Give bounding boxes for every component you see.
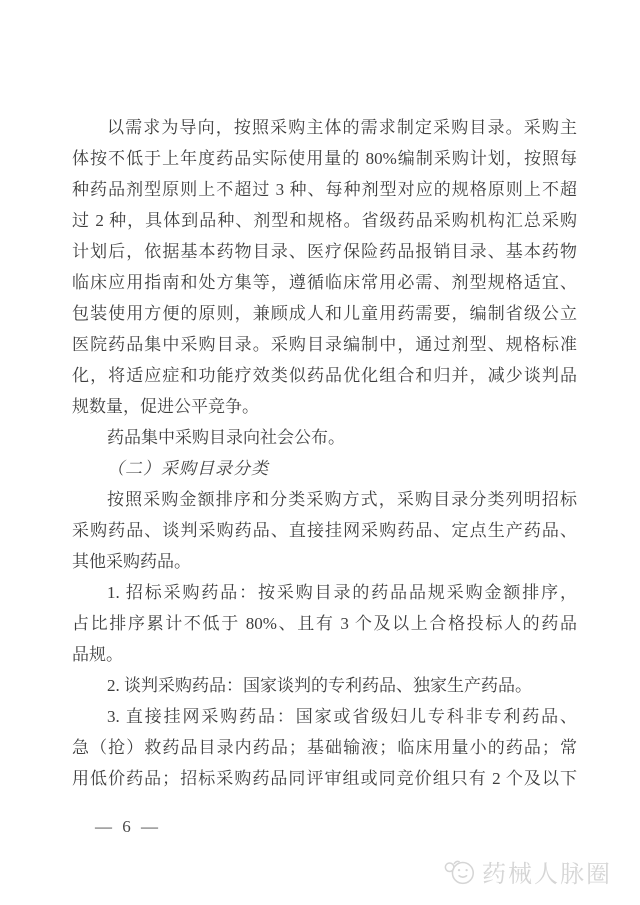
text-line: 占比排序累计不低于 80%、且有 3 个及以上合格投标人的药品 [72, 608, 577, 639]
document-page: 以需求为导向，按照采购主体的需求制定采购目录。采购主体按不低于上年度药品实际使用… [0, 0, 640, 905]
text-line: 规数量，促进公平竞争。 [72, 391, 577, 422]
page-number: — 6 — [95, 817, 161, 837]
text-line: 包装使用方便的原则，兼顾成人和儿童用药需要，编制省级公立 [72, 298, 577, 329]
text-line: 计划后，依据基本药物目录、医疗保险药品报销目录、基本药物 [72, 236, 577, 267]
text-line: 3. 直接挂网采购药品：国家或省级妇儿专科非专利药品、 [72, 701, 577, 732]
text-line: 医院药品集中采购目录。采购目录编制中，通过剂型、规格标准 [72, 329, 577, 360]
text-line: 以需求为导向，按照采购主体的需求制定采购目录。采购主 [72, 112, 577, 143]
text-line: 2. 谈判采购药品：国家谈判的专利药品、独家生产药品。 [72, 670, 577, 701]
text-line: （二）采购目录分类 [72, 453, 577, 484]
text-line: 药品集中采购目录向社会公布。 [72, 422, 577, 453]
text-line: 临床应用指南和处方集等，遵循临床常用必需、剂型规格适宜、 [72, 267, 577, 298]
watermark-label: 药械人脉圈 [482, 854, 612, 889]
text-line: 按照采购金额排序和分类采购方式，采购目录分类列明招标 [72, 484, 577, 515]
text-line: 用低价药品；招标采购药品同评审组或同竞价组只有 2 个及以下 [72, 763, 577, 794]
text-line: 体按不低于上年度药品实际使用量的 80%编制采购计划，按照每 [72, 143, 577, 174]
document-body: 以需求为导向，按照采购主体的需求制定采购目录。采购主体按不低于上年度药品实际使用… [72, 112, 577, 794]
text-line: 1. 招标采购药品：按采购目录的药品品规采购金额排序， [72, 577, 577, 608]
text-line: 急（抢）救药品目录内药品；基础输液；临床用量小的药品；常 [72, 732, 577, 763]
text-line: 采购药品、谈判采购药品、直接挂网采购药品、定点生产药品、 [72, 515, 577, 546]
text-line: 其他采购药品。 [72, 546, 577, 577]
text-line: 种药品剂型原则上不超过 3 种、每种剂型对应的规格原则上不超 [72, 174, 577, 205]
text-line: 品规。 [72, 639, 577, 670]
mascot-face-icon [443, 856, 477, 888]
text-line: 过 2 种，具体到品种、剂型和规格。省级药品采购机构汇总采购 [72, 205, 577, 236]
text-line: 化，将适应症和功能疗效类似药品优化组合和归并，减少谈判品 [72, 360, 577, 391]
watermark: 药械人脉圈 [443, 854, 612, 889]
